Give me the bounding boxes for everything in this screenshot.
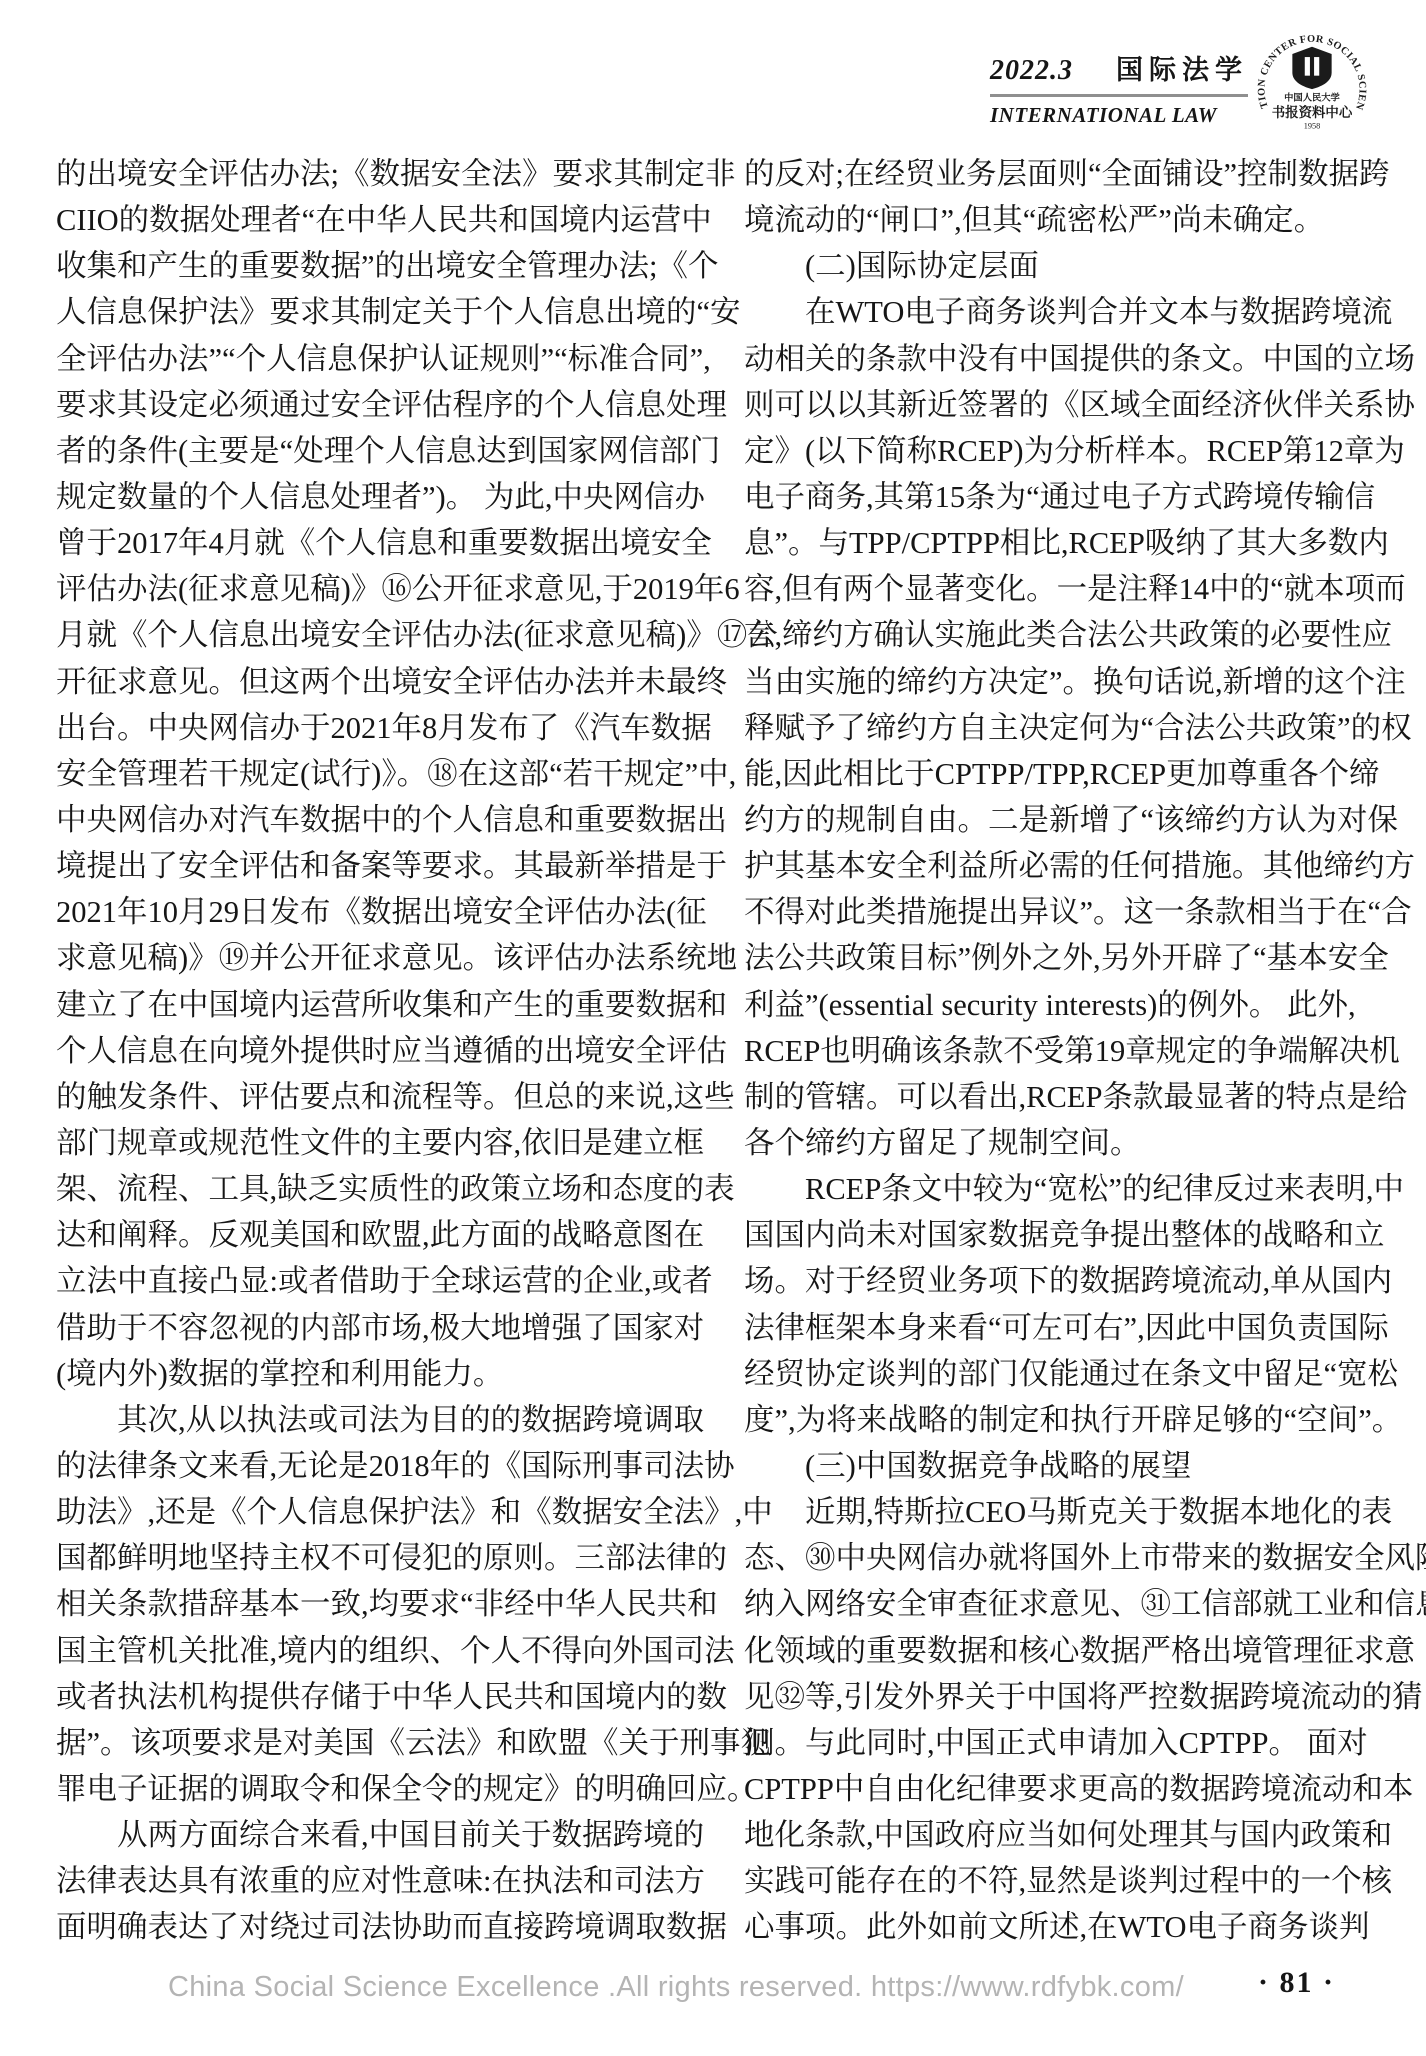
- journal-page: 2022.3 国际法学 INTERNATIONAL LAW INFORMATIO…: [0, 0, 1426, 2056]
- text-line: 法律表达具有浓重的应对性意味:在执法和司法方: [56, 1858, 722, 1904]
- text-line: 月就《个人信息出境安全评估办法(征求意见稿)》⑰公: [56, 612, 722, 658]
- text-line: 达和阐释。反观美国和欧盟,此方面的战略意图在: [56, 1212, 722, 1258]
- text-line: 助法》,还是《个人信息保护法》和《数据安全法》,中: [56, 1489, 722, 1535]
- text-line: 相关条款措辞基本一致,均要求“非经中华人民共和: [56, 1581, 722, 1627]
- text-line: 经贸协定谈判的部门仅能通过在条文中留足“宽松: [744, 1351, 1410, 1397]
- text-line: 或者执法机构提供存储于中华人民共和国境内的数: [56, 1674, 722, 1720]
- text-line: 容,但有两个显著变化。一是注释14中的“就本项而: [744, 566, 1410, 612]
- text-line: 的反对;在经贸业务层面则“全面铺设”控制数据跨: [744, 151, 1410, 197]
- watermark-text: China Social Science Excellence .All rig…: [168, 1971, 1184, 2004]
- text-line: 罪电子证据的调取令和保全令的规定》的明确回应。: [56, 1766, 722, 1812]
- text-line: 电子商务,其第15条为“通过电子方式跨境传输信: [744, 474, 1410, 520]
- text-line: 的法律条文来看,无论是2018年的《国际刑事司法协: [56, 1443, 722, 1489]
- text-line: 动相关的条款中没有中国提供的条文。中国的立场: [744, 336, 1410, 382]
- text-line: 利益”(essential security interests)的例外。 此外…: [744, 982, 1410, 1028]
- issue-number: 2022.3: [990, 55, 1073, 87]
- text-line: 实践可能存在的不符,显然是谈判过程中的一个核: [744, 1858, 1410, 1904]
- text-line: 个人信息在向境外提供时应当遵循的出境安全评估: [56, 1028, 722, 1074]
- text-line: 能,因此相比于CPTPP/TPP,RCEP更加尊重各个缔: [744, 751, 1410, 797]
- text-line: 法公共政策目标”例外之外,另外开辟了“基本安全: [744, 935, 1410, 981]
- text-line: 其次,从以执法或司法为目的的数据跨境调取: [56, 1397, 722, 1443]
- text-line: 释赋予了缔约方自主决定何为“合法公共政策”的权: [744, 705, 1410, 751]
- text-line: 从两方面综合来看,中国目前关于数据跨境的: [56, 1812, 722, 1858]
- text-line: 化领域的重要数据和核心数据严格出境管理征求意: [744, 1628, 1410, 1674]
- text-line: 国国内尚未对国家数据竞争提出整体的战略和立: [744, 1212, 1410, 1258]
- header-divider: [990, 94, 1248, 97]
- text-line: 的触发条件、评估要点和流程等。但总的来说,这些: [56, 1074, 722, 1120]
- text-line: 全评估办法”“个人信息保护认证规则”“标准合同”,: [56, 336, 722, 382]
- text-line: 中央网信办对汽车数据中的个人信息和重要数据出: [56, 797, 722, 843]
- article-column-left: 的出境安全评估办法;《数据安全法》要求其制定非CIIO的数据处理者“在中华人民共…: [56, 151, 722, 1950]
- text-line: 法律框架本身来看“可左可右”,因此中国负责国际: [744, 1305, 1410, 1351]
- text-line: 约方的规制自由。二是新增了“该缔约方认为对保: [744, 797, 1410, 843]
- text-line: 测。与此同时,中国正式申请加入CPTPP。 面对: [744, 1720, 1410, 1766]
- text-line: 开征求意见。但这两个出境安全评估办法并未最终: [56, 659, 722, 705]
- text-line: 近期,特斯拉CEO马斯克关于数据本地化的表: [744, 1489, 1410, 1535]
- text-line: 出台。中央网信办于2021年8月发布了《汽车数据: [56, 705, 722, 751]
- text-line: 纳入网络安全审查征求意见、㉛工信部就工业和信息: [744, 1581, 1410, 1627]
- text-line: 度”,为将来战略的制定和执行开辟足够的“空间”。: [744, 1397, 1410, 1443]
- text-line: 心事项。此外如前文所述,在WTO电子商务谈判: [744, 1904, 1410, 1950]
- seal-emblem-icon: [1292, 47, 1331, 89]
- text-line: 者的条件(主要是“处理个人信息达到国家网信部门: [56, 428, 722, 474]
- seal-center-name: 书报资料中心: [1272, 104, 1353, 120]
- text-line: 部门规章或规范性文件的主要内容,依旧是建立框: [56, 1120, 722, 1166]
- text-line: 言,缔约方确认实施此类合法公共政策的必要性应: [744, 612, 1410, 658]
- text-line: 不得对此类措施提出异议”。这一条款相当于在“合: [744, 889, 1410, 935]
- text-line: 在WTO电子商务谈判合并文本与数据跨境流: [744, 289, 1410, 335]
- text-line: 见㉜等,引发外界关于中国将严控数据跨境流动的猜: [744, 1674, 1410, 1720]
- text-line: (三)中国数据竞争战略的展望: [744, 1443, 1410, 1489]
- page-number: · 81 ·: [1258, 1966, 1335, 2000]
- text-line: 人信息保护法》要求其制定关于个人信息出境的“安: [56, 289, 722, 335]
- text-line: 建立了在中国境内运营所收集和产生的重要数据和: [56, 982, 722, 1028]
- text-line: 各个缔约方留足了规制空间。: [744, 1120, 1410, 1166]
- text-line: 的出境安全评估办法;《数据安全法》要求其制定非: [56, 151, 722, 197]
- text-line: RCEP条文中较为“宽松”的纪律反过来表明,中: [744, 1166, 1410, 1212]
- seal-year: 1958: [1304, 121, 1321, 130]
- text-line: 态、㉚中央网信办就将国外上市带来的数据安全风险: [744, 1535, 1410, 1581]
- text-line: (境内外)数据的掌控和利用能力。: [56, 1351, 722, 1397]
- text-line: 国主管机关批准,境内的组织、个人不得向外国司法: [56, 1628, 722, 1674]
- text-line: 则可以以其新近签署的《区域全面经济伙伴关系协: [744, 382, 1410, 428]
- text-line: CPTPP中自由化纪律要求更高的数据跨境流动和本: [744, 1766, 1410, 1812]
- seal-university-name: 中国人民大学: [1284, 91, 1340, 103]
- text-line: 面明确表达了对绕过司法协助而直接跨境调取数据: [56, 1904, 722, 1950]
- text-line: (二)国际协定层面: [744, 243, 1410, 289]
- text-line: 安全管理若干规定(试行)》。⑱在这部“若干规定”中,: [56, 751, 722, 797]
- text-line: 曾于2017年4月就《个人信息和重要数据出境安全: [56, 520, 722, 566]
- text-line: 要求其设定必须通过安全评估程序的个人信息处理: [56, 382, 722, 428]
- text-line: 国都鲜明地坚持主权不可侵犯的原则。三部法律的: [56, 1535, 722, 1581]
- text-line: RCEP也明确该条款不受第19章规定的争端解决机: [744, 1028, 1410, 1074]
- text-line: 当由实施的缔约方决定”。换句话说,新增的这个注: [744, 659, 1410, 705]
- text-line: 护其基本安全利益所必需的任何措施。其他缔约方: [744, 843, 1410, 889]
- text-line: 评估办法(征求意见稿)》⑯公开征求意见,于2019年6: [56, 566, 722, 612]
- text-line: 据”。该项要求是对美国《云法》和欧盟《关于刑事犯: [56, 1720, 722, 1766]
- page-header: 2022.3 国际法学 INTERNATIONAL LAW: [990, 48, 1248, 128]
- text-line: 借助于不容忽视的内部市场,极大地增强了国家对: [56, 1305, 722, 1351]
- text-line: 境流动的“闸口”,但其“疏密松严”尚未确定。: [744, 197, 1410, 243]
- text-line: 地化条款,中国政府应当如何处理其与国内政策和: [744, 1812, 1410, 1858]
- section-title-en: INTERNATIONAL LAW: [990, 103, 1248, 128]
- header-title-row: 2022.3 国际法学: [990, 48, 1248, 87]
- text-line: 2021年10月29日发布《数据出境安全评估办法(征: [56, 889, 722, 935]
- text-line: 求意见稿)》⑲并公开征求意见。该评估办法系统地: [56, 935, 722, 981]
- text-line: 场。对于经贸业务项下的数据跨境流动,单从国内: [744, 1258, 1410, 1304]
- text-line: 定》(以下简称RCEP)为分析样本。RCEP第12章为: [744, 428, 1410, 474]
- institute-seal-logo: INFORMATION CENTER FOR SOCIAL SCIENCES, …: [1250, 24, 1374, 148]
- text-line: 收集和产生的重要数据”的出境安全管理办法;《个: [56, 243, 722, 289]
- article-column-right: 的反对;在经贸业务层面则“全面铺设”控制数据跨境流动的“闸口”,但其“疏密松严”…: [744, 151, 1410, 1950]
- text-line: 制的管辖。可以看出,RCEP条款最显著的特点是给: [744, 1074, 1410, 1120]
- text-line: 架、流程、工具,缺乏实质性的政策立场和态度的表: [56, 1166, 722, 1212]
- text-line: 规定数量的个人信息处理者”)。 为此,中央网信办: [56, 474, 722, 520]
- text-line: 立法中直接凸显:或者借助于全球运营的企业,或者: [56, 1258, 722, 1304]
- section-title-cn: 国际法学: [1116, 48, 1248, 87]
- text-line: 息”。与TPP/CPTPP相比,RCEP吸纳了其大多数内: [744, 520, 1410, 566]
- text-line: 境提出了安全评估和备案等要求。其最新举措是于: [56, 843, 722, 889]
- text-line: CIIO的数据处理者“在中华人民共和国境内运营中: [56, 197, 722, 243]
